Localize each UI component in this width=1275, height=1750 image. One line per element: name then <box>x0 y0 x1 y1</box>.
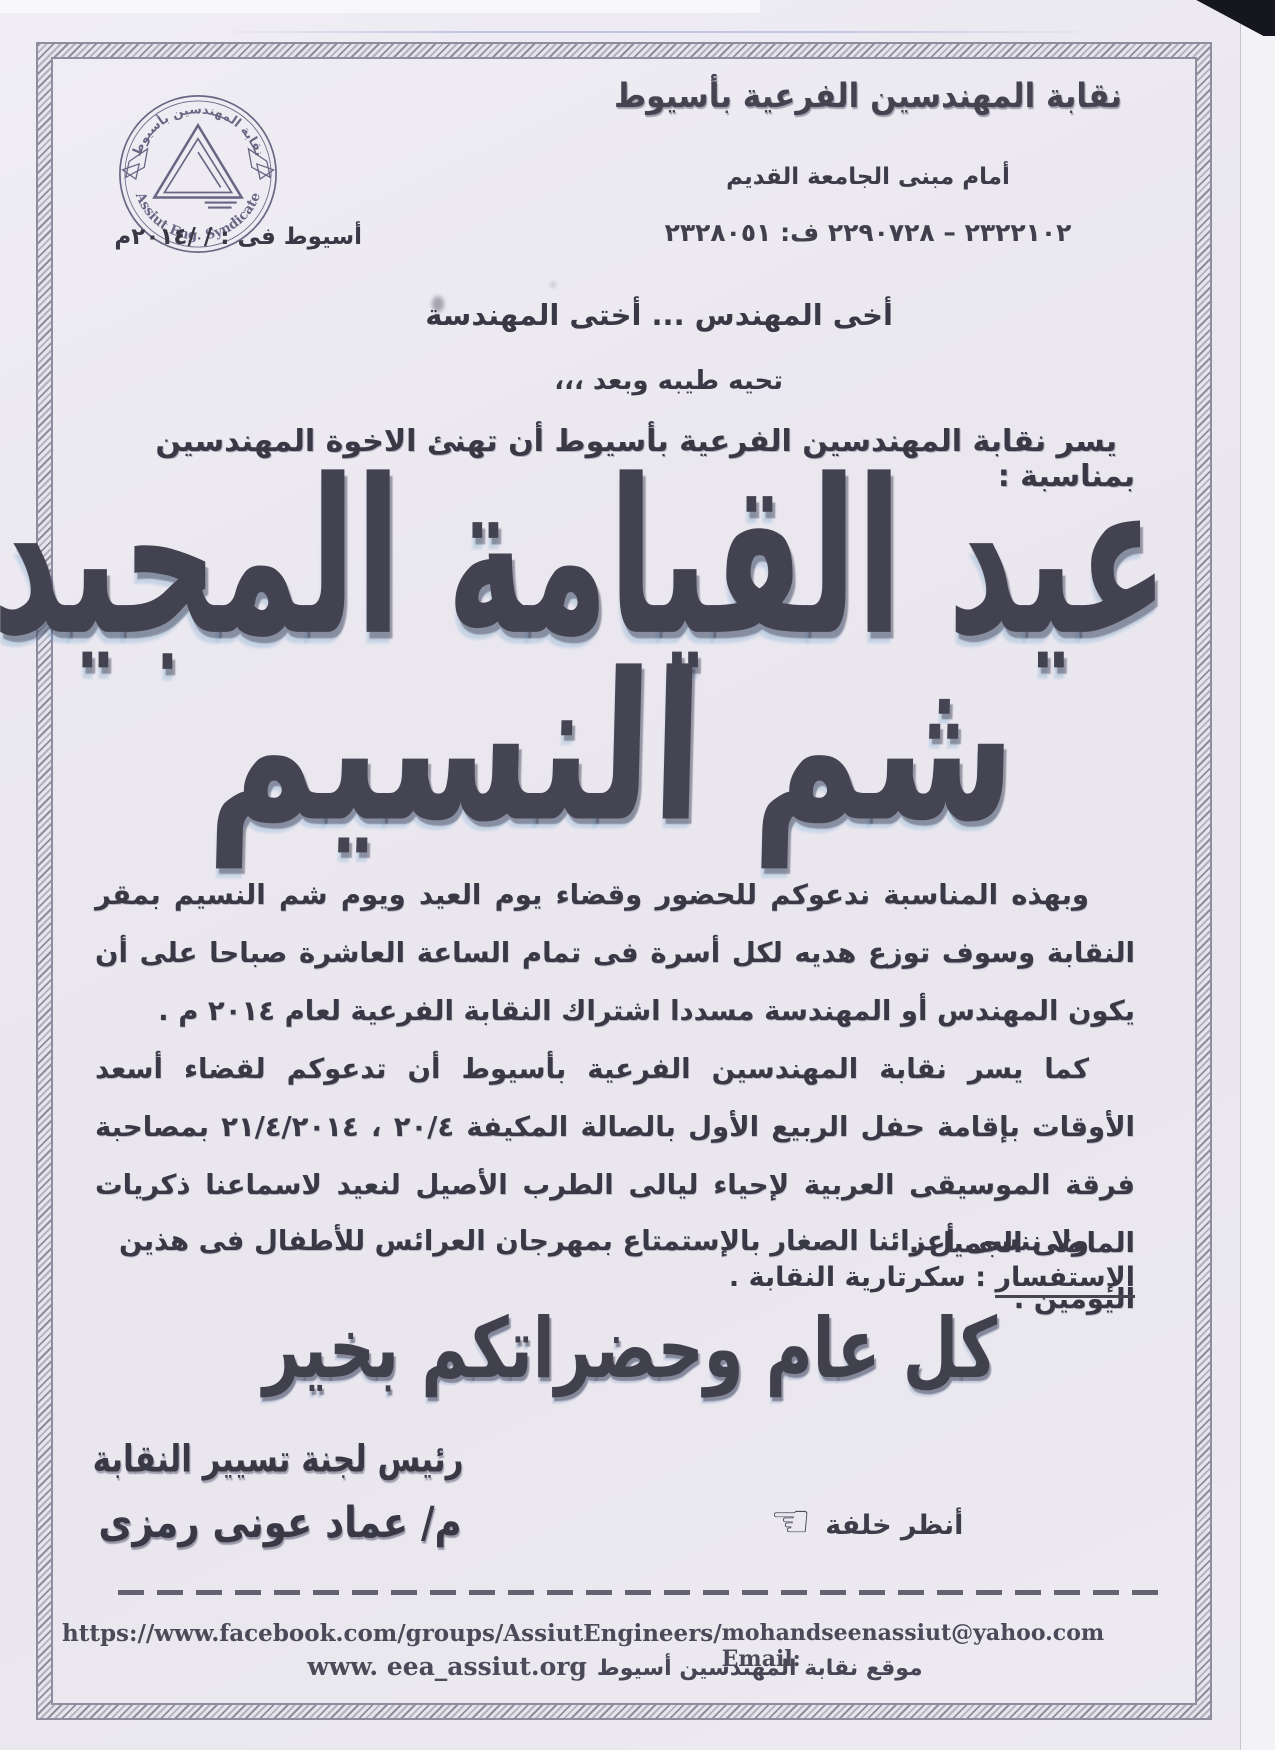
scan-artifact-line <box>210 31 1110 33</box>
triangle-emblem-icon <box>154 125 241 207</box>
facebook-url: https://www.facebook.com/groups/AssiutEn… <box>62 1620 722 1647</box>
inquiry-line: الإستفسار : سكرتارية النقابة . <box>95 1262 1135 1293</box>
organization-address: أمام مبنى الجامعة القديم <box>598 164 1138 190</box>
scanned-letter-page: نقابة المهندسين بأسيوط Assiut Eng. Syndi… <box>0 0 1275 1750</box>
inquiry-label: الإستفسار <box>995 1262 1135 1298</box>
inquiry-text: : سكرتارية النقابة . <box>729 1262 996 1293</box>
phone-numbers: ٢٣٢٢١٠٢ – ٢٢٩٠٧٢٨ ف: ٢٣٢٨٠٥١ <box>598 218 1138 247</box>
occasion-title-sham-el-nessim: شم النسيم <box>115 646 1110 850</box>
signature-name: م/ عماد عونى رمزى <box>70 1498 490 1547</box>
organization-name: نقابة المهندسين الفرعية بأسيوط <box>598 77 1138 116</box>
date-line: أسيوط فى : / /٢٠١٤م <box>82 224 362 250</box>
ink-smudge <box>550 282 556 287</box>
svg-text:نقابة المهندسين بأسيوط: نقابة المهندسين بأسيوط <box>129 101 268 158</box>
website-label: موقع نقابة المهندسين أسيوط <box>597 1656 923 1681</box>
closing-wish: كل عام وحضراتكم بخير <box>180 1308 1080 1391</box>
body-paragraph-invitation: وبهذه المناسبة ندعوكم للحضور وقضاء يوم ا… <box>95 866 1135 1040</box>
see-back-text: أنظر خلفة <box>825 1510 963 1541</box>
salutation-addressees: أخى المهندس ... أختى المهندسة <box>95 298 1135 332</box>
signature-title: رئيس لجنة تسيير النقابة <box>88 1438 468 1481</box>
stamp-arabic-text: نقابة المهندسين بأسيوط <box>129 101 268 158</box>
website-url: www. eea_assiut.org <box>307 1652 587 1681</box>
scan-edge-top <box>0 0 760 13</box>
see-back-note: ☜ أنظر خلفة <box>770 1502 1030 1548</box>
salutation-greeting: تحيه طيبه وبعد ،،، <box>95 366 1135 396</box>
dashed-separator <box>118 1590 1162 1595</box>
pointing-hand-icon: ☜ <box>770 1498 811 1544</box>
scanner-background-corner <box>1179 0 1275 36</box>
scan-edge-right <box>1240 0 1275 1750</box>
